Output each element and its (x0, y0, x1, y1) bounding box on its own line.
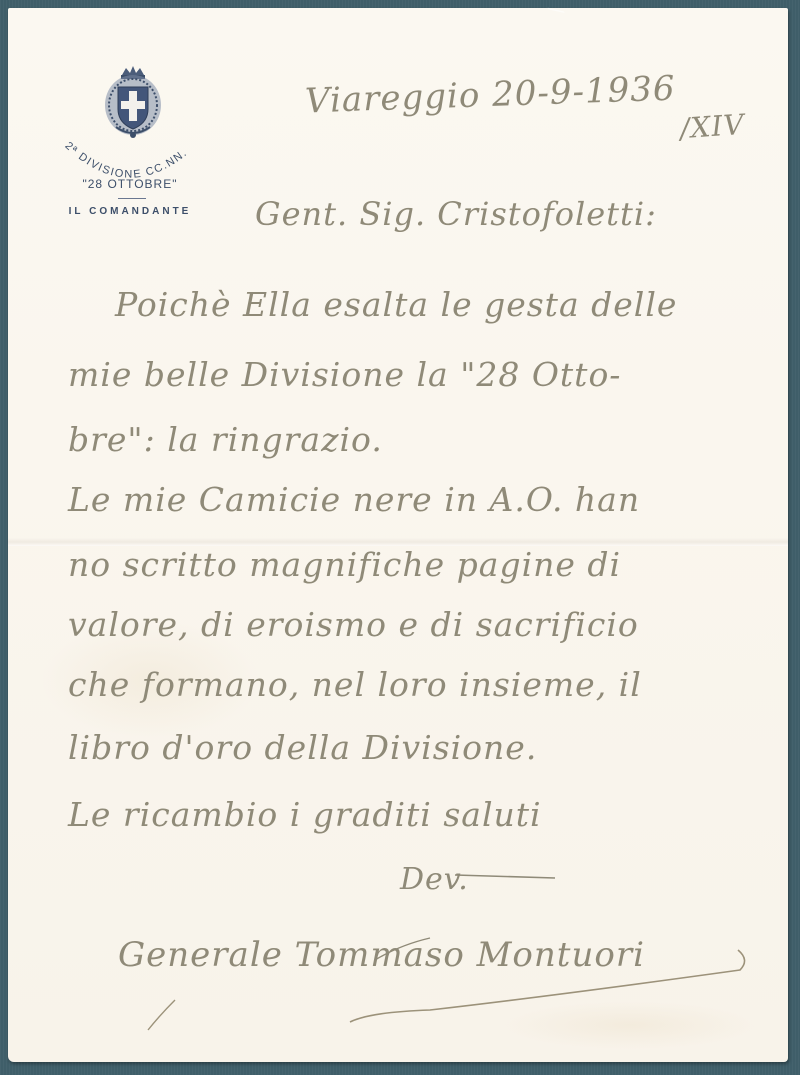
paper-stain (500, 1000, 760, 1050)
body-line: Poichè Ella esalta le gesta delle (115, 285, 677, 324)
letterhead: 2ª DIVISIONE CC.NN. "28 OTTOBRE" IL COMA… (55, 65, 215, 225)
body-line: Le mie Camicie nere in A.O. han (68, 480, 640, 519)
body-line: no scritto magnifiche pagine di (68, 545, 621, 584)
body-line: valore, di eroismo e di sacrificio (68, 605, 639, 644)
closing: Dev. (400, 862, 469, 897)
fascist-era-year: /XIV (679, 108, 746, 145)
body-line: che formano, nel loro insieme, il (68, 665, 642, 704)
signature: Generale Tommaso Montuori (118, 935, 645, 975)
salutation: Gent. Sig. Cristofoletti: (255, 195, 657, 233)
svg-text:2ª DIVISIONE CC.NN.: 2ª DIVISIONE CC.NN. (62, 140, 189, 181)
letterhead-divider (118, 198, 146, 199)
body-line: libro d'oro della Divisione. (68, 728, 537, 767)
unit-name: "28 OTTOBRE" (55, 177, 205, 191)
body-line: mie belle Divisione la "28 Otto- (68, 355, 621, 394)
commander-title: IL COMANDANTE (55, 206, 205, 217)
body-line: Le ricambio i graditi saluti (68, 795, 542, 834)
body-line: bre": la ringrazio. (68, 420, 383, 459)
